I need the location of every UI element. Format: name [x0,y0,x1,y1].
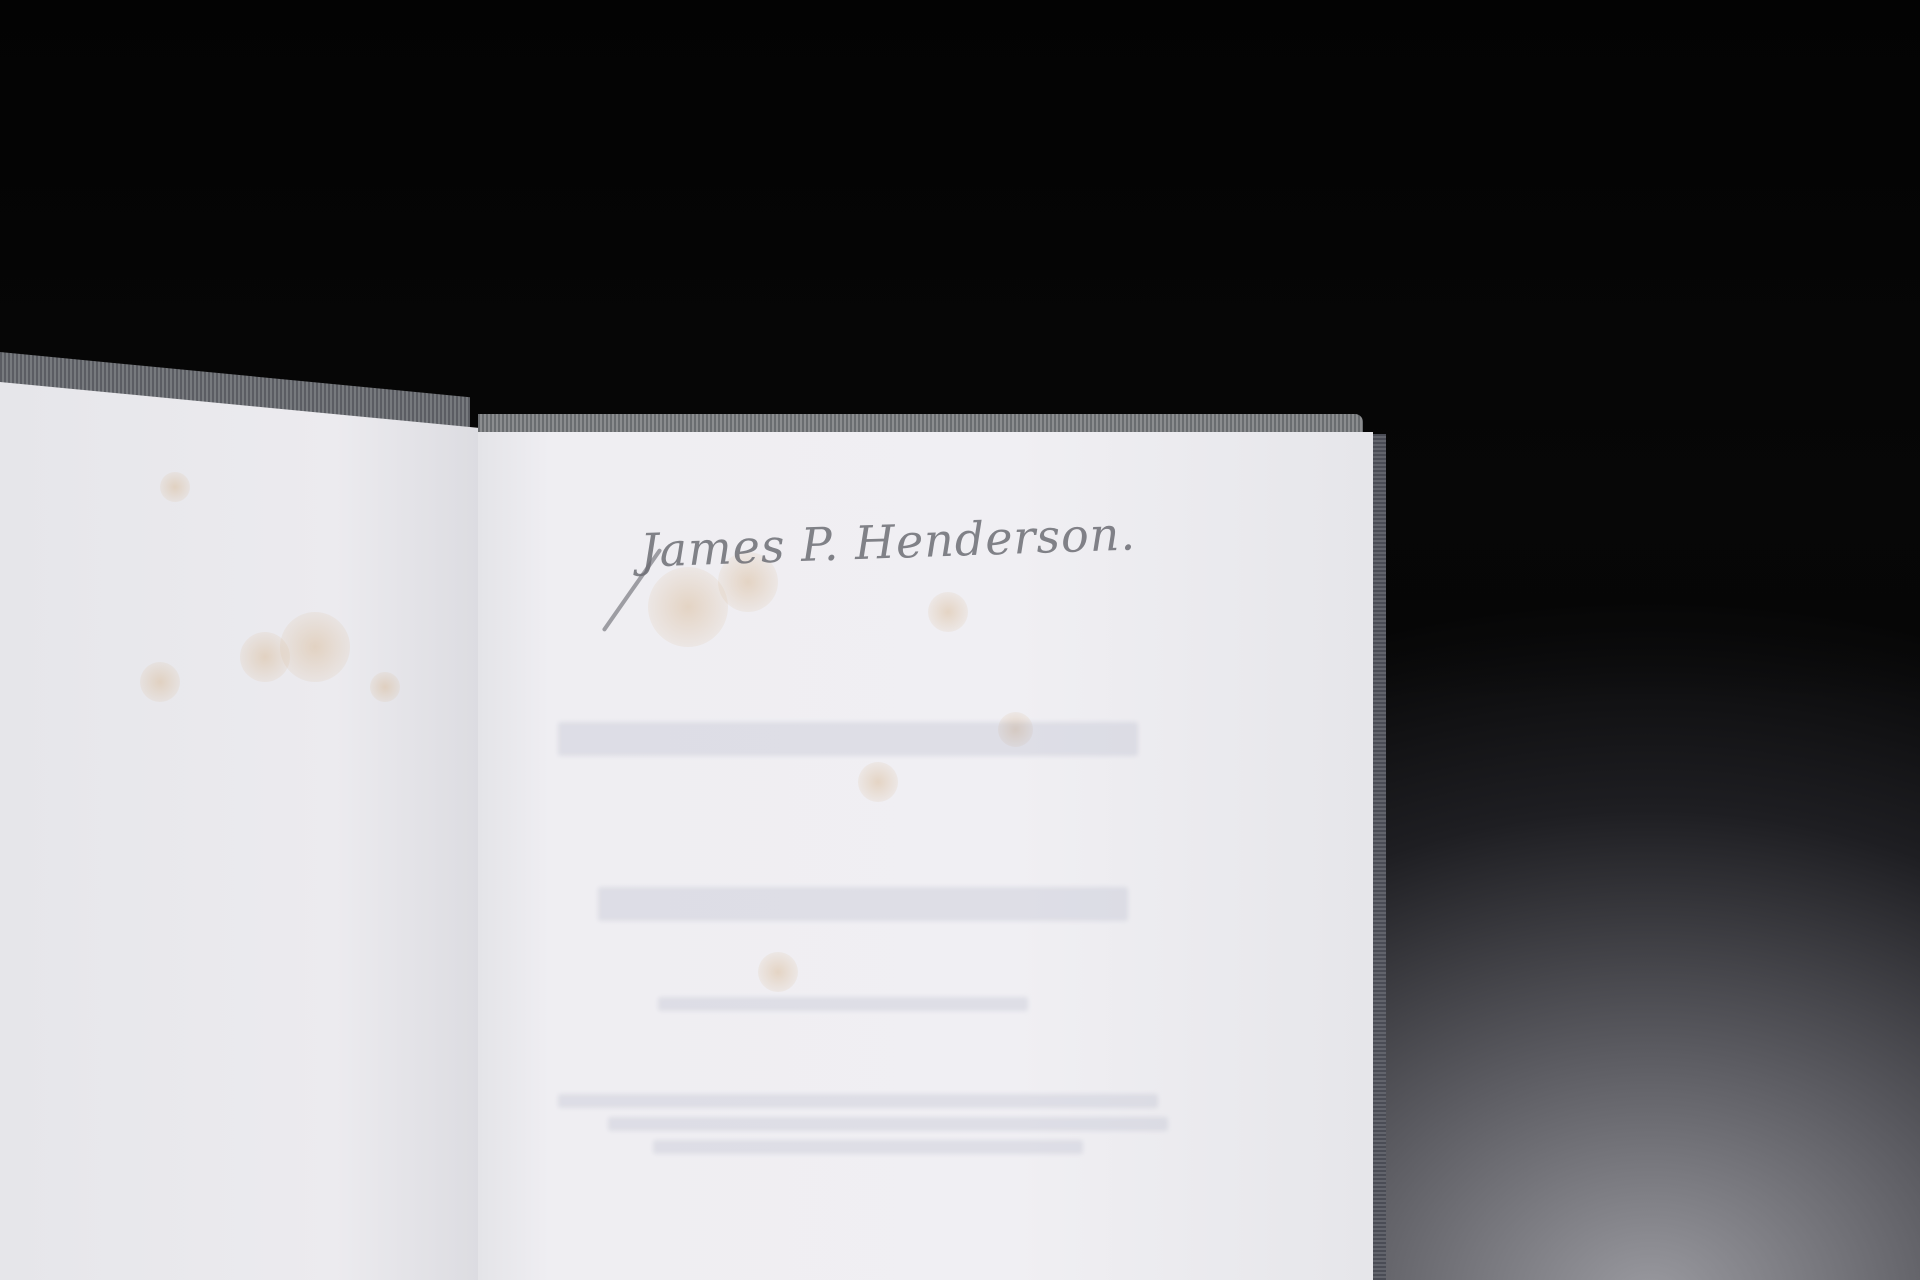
foxing-stain [160,472,190,502]
bleed-through-body-line [558,1094,1158,1108]
foxing-stain [280,612,350,682]
foxing-stain [140,662,180,702]
book-cover-edge-side [1372,434,1386,1280]
bleed-through-title-line [558,722,1138,756]
foxing-stain [648,567,728,647]
foxing-stain [758,952,798,992]
foxing-stain [858,762,898,802]
left-page [0,382,480,1280]
foxing-stain [240,632,290,682]
bleed-through-body-line [608,1117,1168,1131]
bleed-through-title-line [598,887,1128,921]
bleed-through-body-line [653,1140,1083,1154]
foxing-stain [370,672,400,702]
foxing-stain [928,592,968,632]
bleed-through-subtitle-line [658,997,1028,1011]
book-cover-edge-top [478,414,1363,434]
